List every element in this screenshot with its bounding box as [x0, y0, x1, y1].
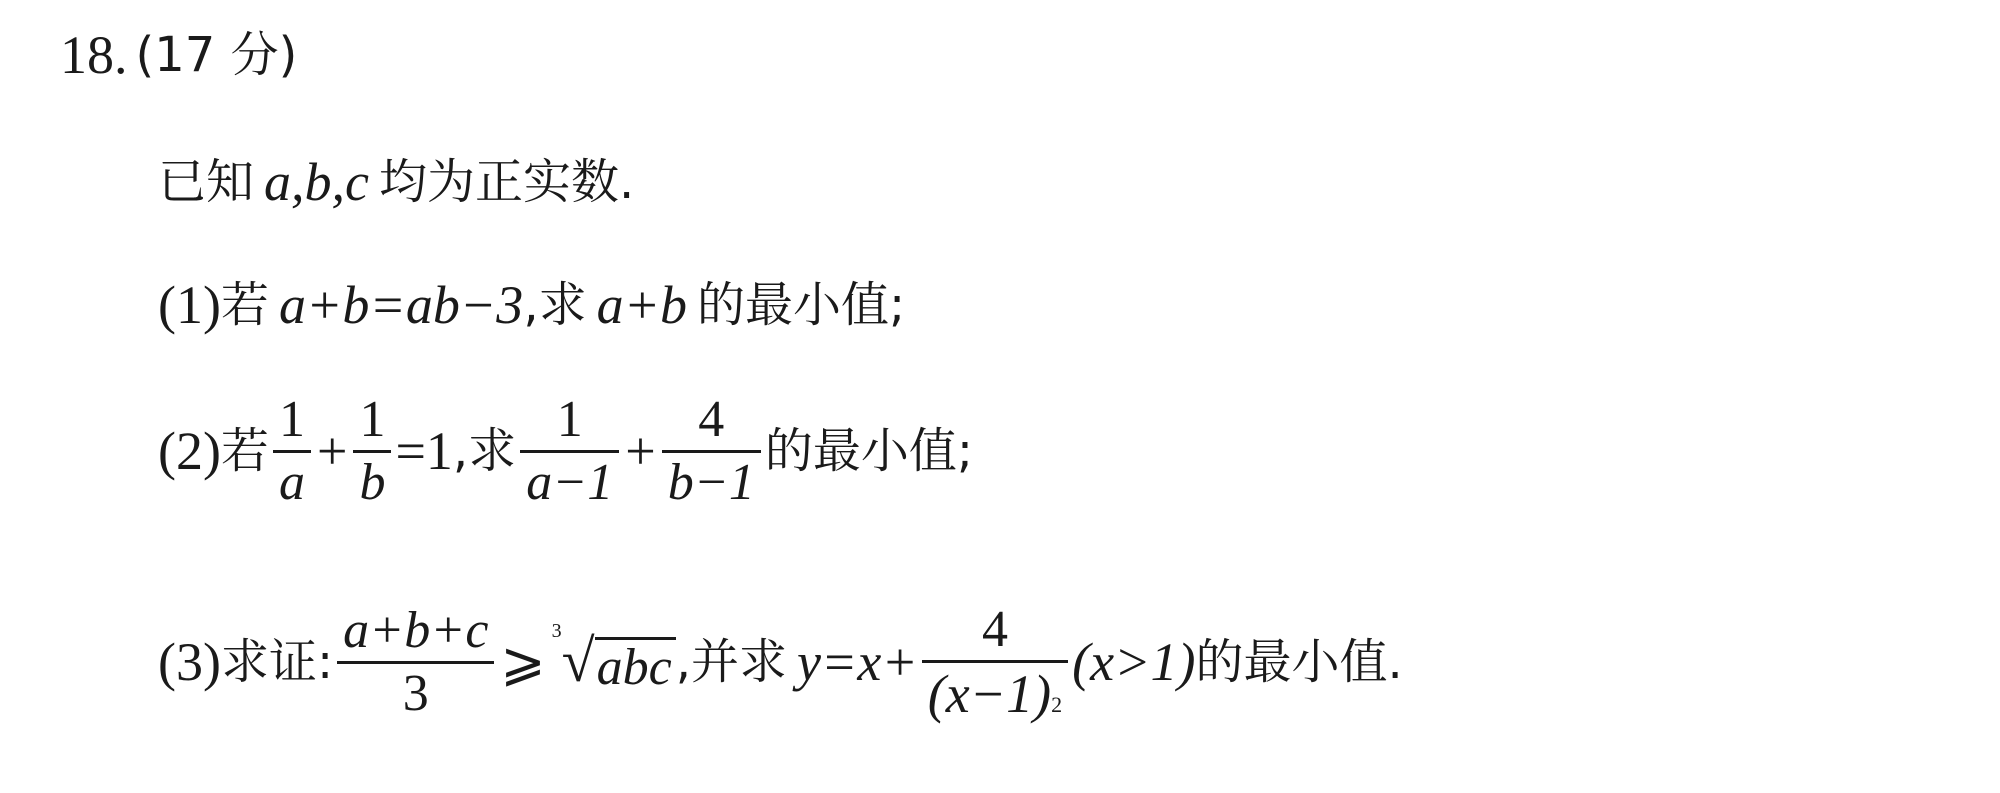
intro-suffix: 均为正实数.: [379, 158, 634, 206]
fraction-4-over-b-minus-1: 4 b−1: [662, 390, 761, 513]
fraction-4-over-x-minus-1-squared: 4 (x−1)2: [922, 600, 1068, 725]
part-3-prove: 求证:: [221, 638, 333, 686]
part-3: (3) 求证: a+b+c 3 ⩾ 3 √ abc ,并求 y=x+ 4 (x−…: [158, 600, 1403, 725]
function-lhs: y=x+: [797, 635, 918, 689]
fraction-1-over-a: 1 a: [273, 390, 311, 513]
part-3-label: (3): [158, 635, 221, 689]
radical-sign: √: [562, 631, 595, 691]
question-points: (17 分): [136, 31, 298, 79]
part-1-target: a+b: [597, 278, 687, 332]
part-2-ask: ,求: [453, 427, 516, 475]
part-1-condition: a+b=ab−3: [279, 278, 523, 332]
part-1-if: 若: [221, 281, 269, 329]
part-3-tail: 的最小值.: [1196, 638, 1403, 686]
part-3-ask: ,并求: [676, 638, 787, 686]
geq-sign: ⩾: [498, 635, 547, 689]
intro-prefix: 已知: [158, 158, 254, 206]
part-2: (2) 若 1 a + 1 b =1 ,求 1 a−1 + 4 b−1 的最小值…: [158, 390, 973, 513]
part-2-tail: 的最小值;: [765, 427, 973, 475]
plus-sign: +: [315, 424, 349, 478]
part-2-if: 若: [221, 427, 269, 475]
question-intro: 已知 a,b,c 均为正实数.: [158, 155, 634, 209]
part-1-label: (1): [158, 278, 221, 332]
fraction-sum-over-3: a+b+c 3: [337, 601, 494, 724]
plus-sign-2: +: [623, 424, 657, 478]
fraction-1-over-b: 1 b: [353, 390, 391, 513]
part-1: (1) 若 a+b=ab−3 ,求 a+b 的最小值;: [158, 278, 905, 332]
cube-root: 3 √ abc: [562, 631, 676, 694]
function-domain: (x>1): [1072, 635, 1195, 689]
part-2-cond-rhs: =1: [395, 424, 452, 478]
part-1-ask: ,求: [523, 281, 586, 329]
part-1-tail: 的最小值;: [697, 281, 905, 329]
fraction-1-over-a-minus-1: 1 a−1: [520, 390, 619, 513]
intro-vars: a,b,c: [264, 155, 369, 209]
part-2-label: (2): [158, 424, 221, 478]
question-header: 18. (17 分): [60, 28, 297, 82]
question-number: 18.: [60, 28, 128, 82]
